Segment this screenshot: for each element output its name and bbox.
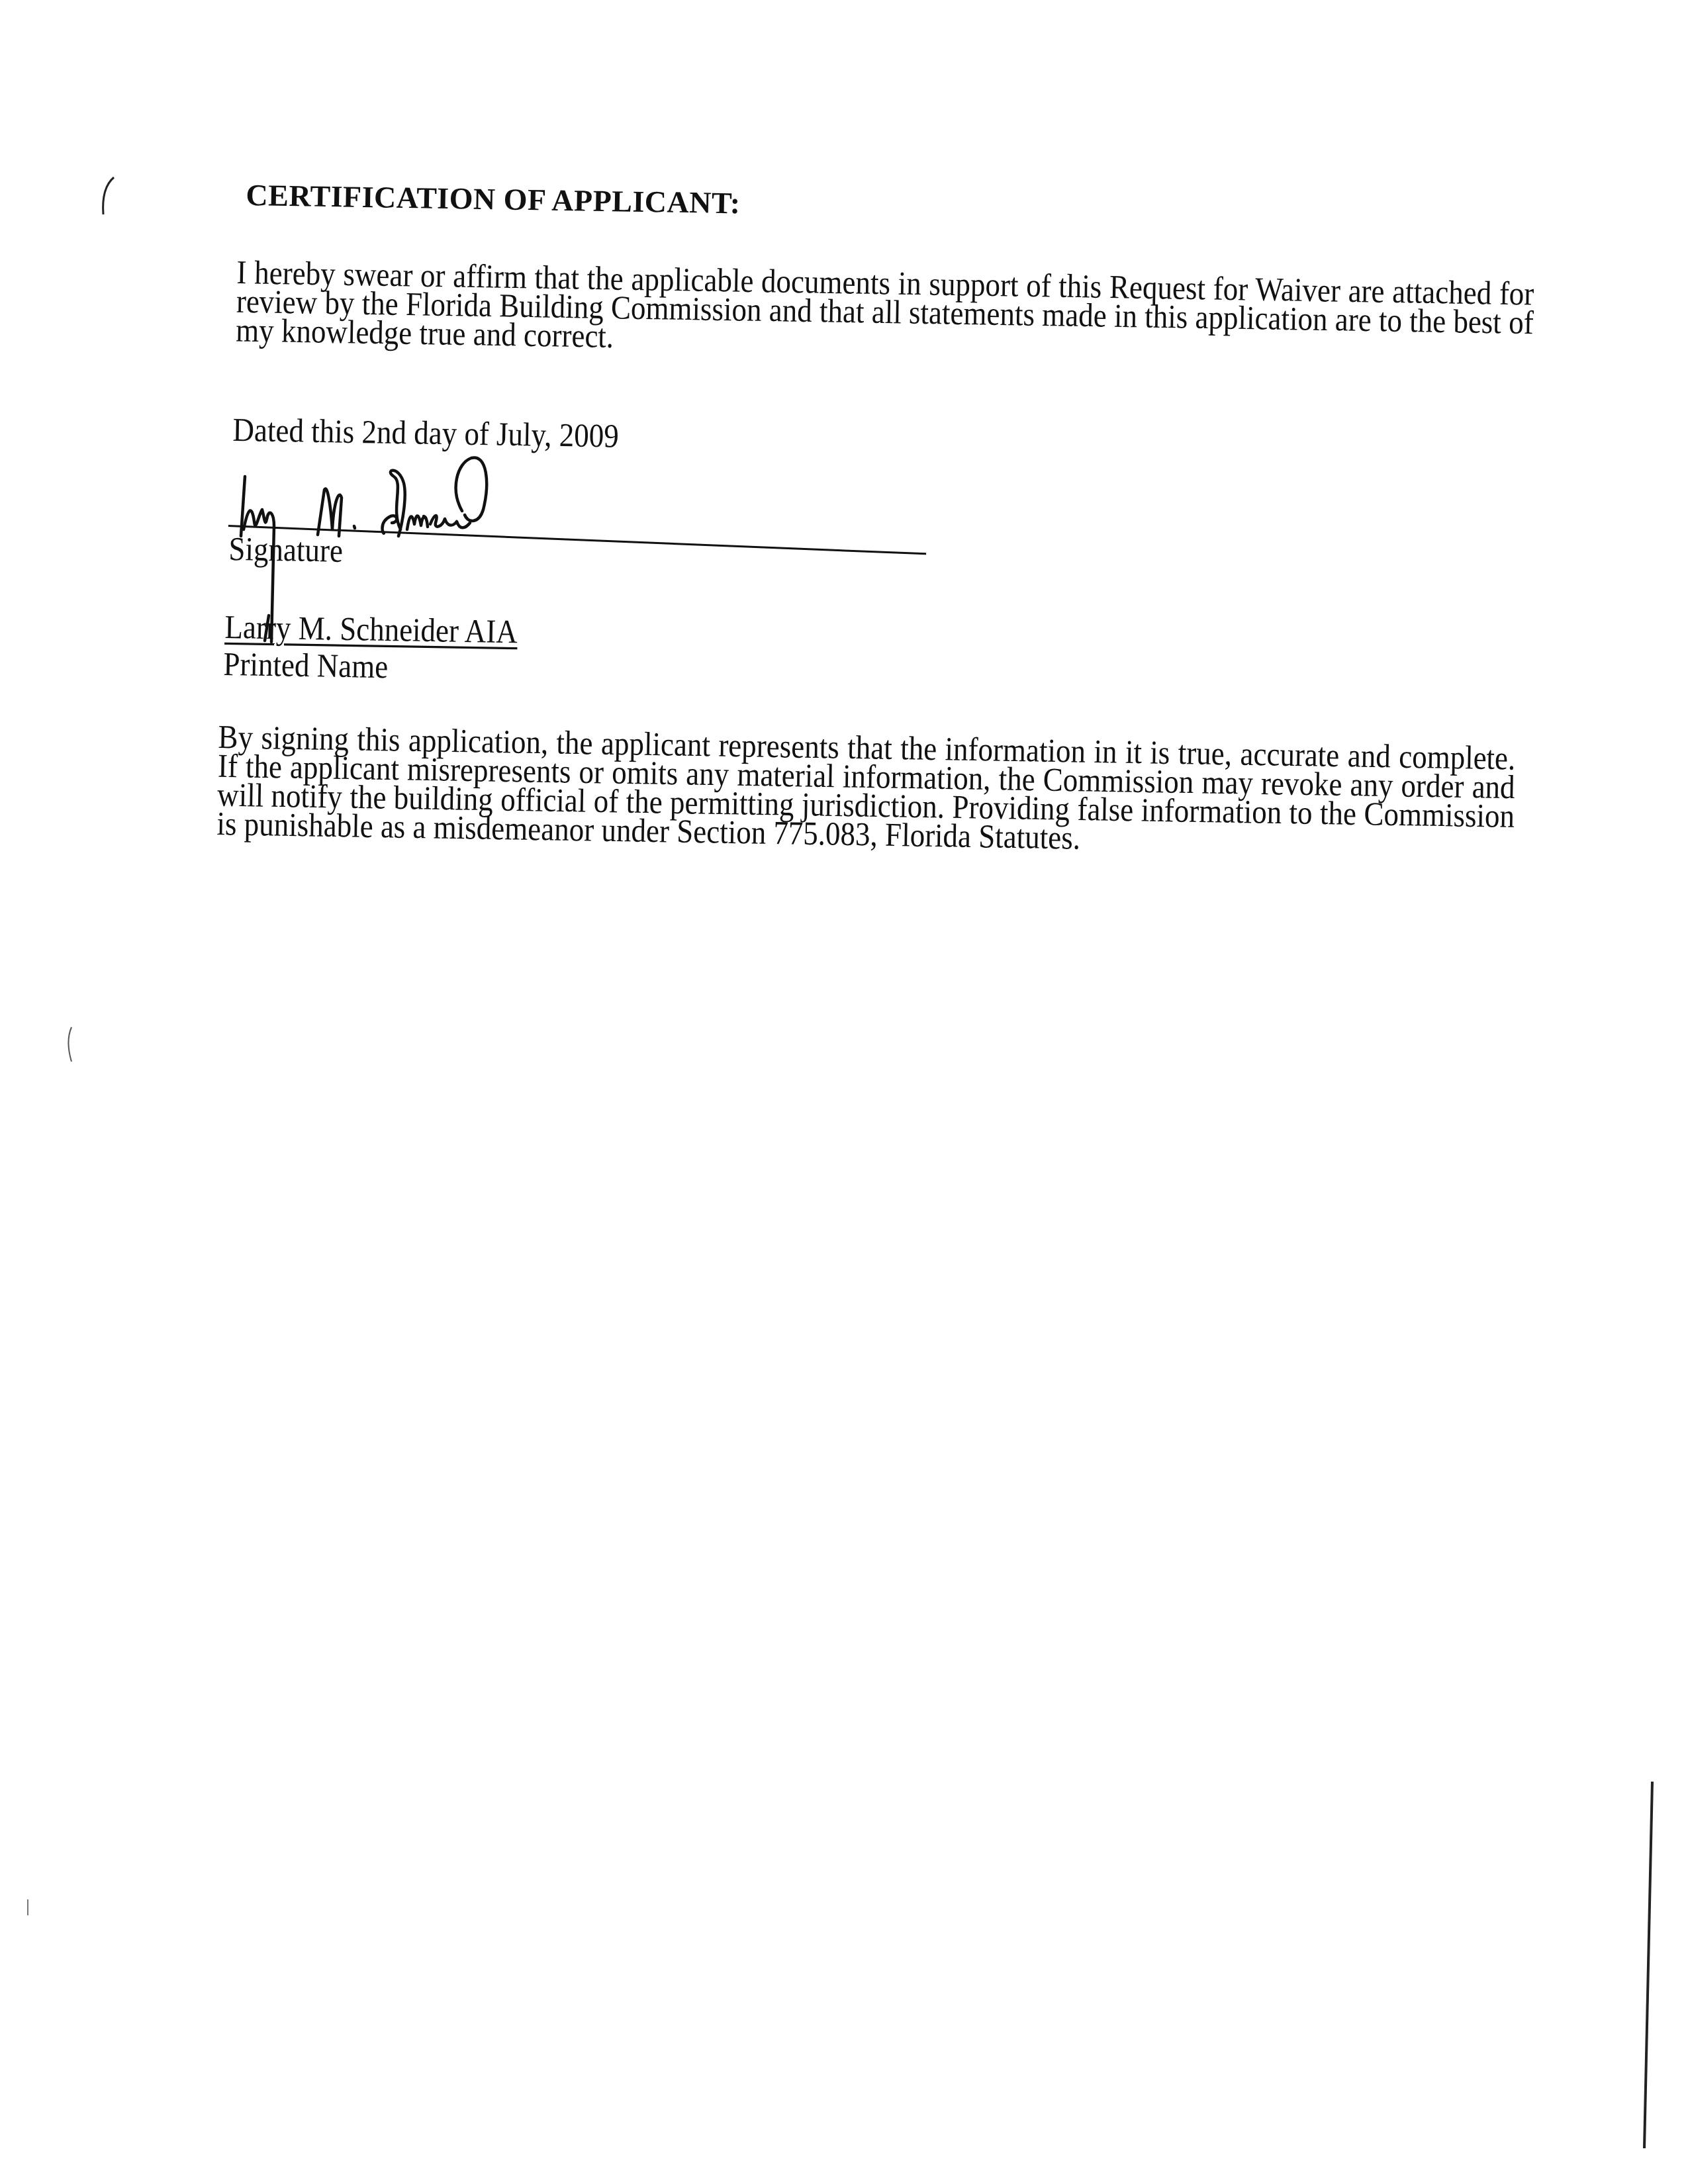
disclaimer-paragraph: By signing this application, the applica…: [216, 723, 1516, 860]
printed-name-label: Printed Name: [223, 645, 389, 686]
scan-edge-line: [1642, 1780, 1655, 2151]
scanned-document-page: CERTIFICATION OF APPLICANT: I hereby swe…: [0, 0, 1688, 2184]
certification-paragraph: I hereby swear or affirm that the applic…: [236, 258, 1534, 367]
signature-label: Signature: [228, 529, 343, 570]
printed-name-value: Larry M. Schneider AIA: [224, 608, 518, 651]
certification-heading: CERTIFICATION OF APPLICANT:: [246, 177, 741, 220]
scan-margin-mark: [98, 173, 118, 220]
scan-margin-mark: [64, 1024, 77, 1064]
scan-margin-mark: [24, 1898, 32, 1918]
